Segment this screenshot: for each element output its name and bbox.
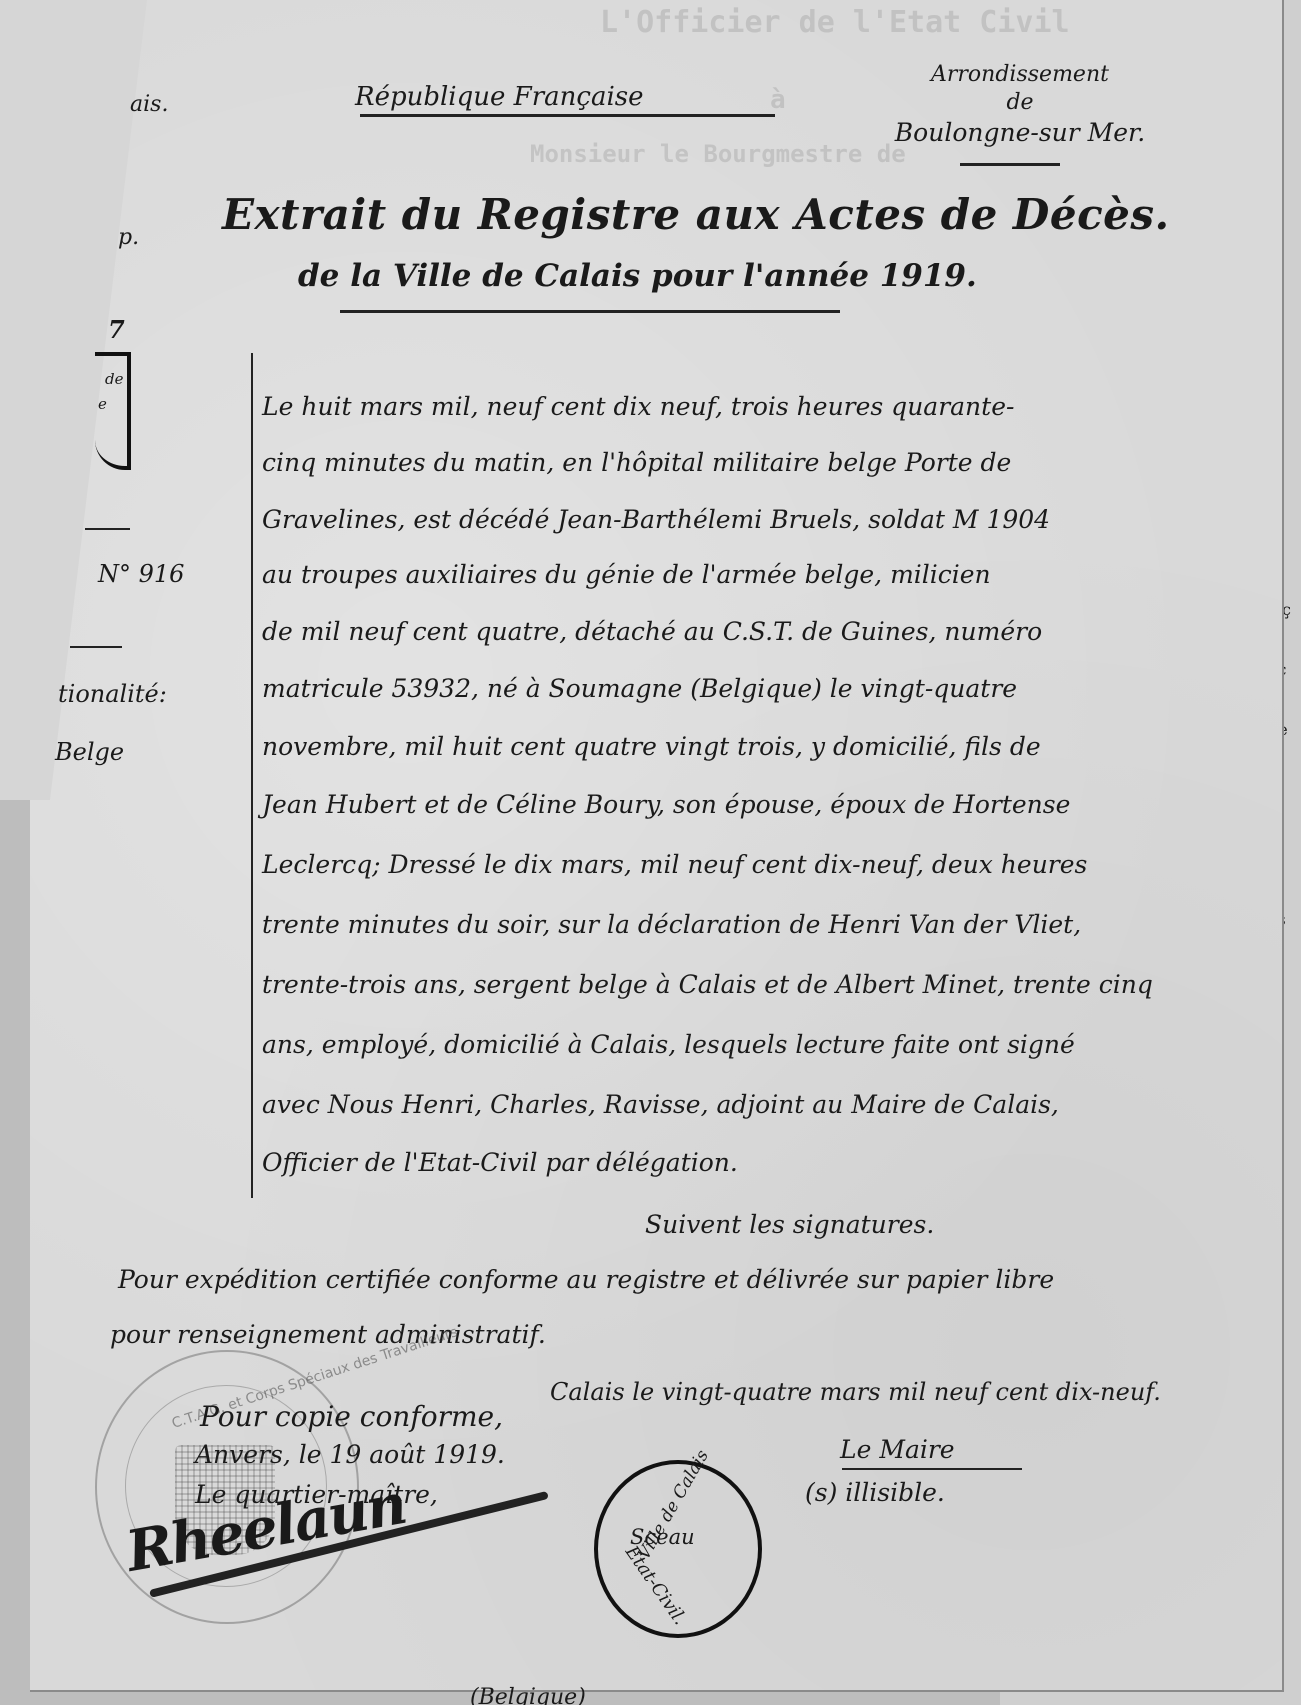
- copy-certification-line: Anvers, le 19 août 1919.: [195, 1440, 505, 1469]
- ghost-typed-line: à: [770, 85, 786, 115]
- registry-number: N° 916: [98, 560, 184, 588]
- subtitle-underline: [340, 310, 840, 313]
- body-line: trente-trois ans, sergent belge à Calais…: [262, 970, 1153, 999]
- arrondissement-line: Arrondissement: [870, 62, 1170, 87]
- body-line: ans, employé, domicilié à Calais, lesque…: [262, 1030, 1075, 1059]
- left-fragment: ais.: [130, 92, 168, 117]
- mayor-signature: (s) illisible.: [805, 1478, 945, 1507]
- body-line: Gravelines, est décédé Jean-Barthélemi B…: [262, 505, 1050, 534]
- ghost-typed-line: Monsieur le Bourgmestre de: [530, 140, 906, 168]
- body-margin-bar: [251, 353, 253, 1198]
- certification-line: Pour expédition certifiée conforme au re…: [118, 1265, 1054, 1294]
- left-box-number: 7: [108, 315, 125, 344]
- arrondissement-line: de: [870, 90, 1170, 115]
- copy-certification-line: Pour copie conforme,: [200, 1400, 503, 1433]
- signatures-note: Suivent les signatures.: [645, 1210, 934, 1239]
- document-title: Extrait du Registre aux Actes de Décès.: [222, 190, 1170, 239]
- place-date: Calais le vingt-quatre mars mil neuf cen…: [550, 1378, 1161, 1406]
- republic-heading: République Française: [355, 82, 644, 112]
- ghost-typed-line: L'Officier de l'Etat Civil: [600, 5, 1070, 40]
- body-line: au troupes auxiliaires du génie de l'arm…: [262, 560, 991, 589]
- body-line: de mil neuf cent quatre, détaché au C.S.…: [262, 617, 1042, 646]
- left-box-fragment: de: [105, 370, 123, 388]
- body-line: Le huit mars mil, neuf cent dix neuf, tr…: [262, 392, 1014, 421]
- certification-line: pour renseignement administratif.: [110, 1320, 546, 1349]
- body-line: cinq minutes du matin, en l'hôpital mili…: [262, 448, 1011, 477]
- margin-rule: [70, 646, 122, 648]
- bottom-bleed-text: (Belgique): [470, 1685, 586, 1705]
- mayor-title: Le Maire: [840, 1435, 955, 1464]
- document-subtitle: de la Ville de Calais pour l'année 1919.: [298, 258, 977, 294]
- arrondissement-underline: [960, 163, 1060, 166]
- mayor-underline: [842, 1468, 1022, 1470]
- body-line: novembre, mil huit cent quatre vingt tro…: [262, 732, 1041, 761]
- body-line: Officier de l'Etat-Civil par délégation.: [262, 1148, 738, 1177]
- nationality-label: tionalité:: [58, 680, 167, 708]
- body-line: matricule 53932, né à Soumagne (Belgique…: [262, 674, 1017, 703]
- arrondissement-city: Boulongne-sur Mer.: [870, 118, 1170, 147]
- body-line: Leclercq; Dressé le dix mars, mil neuf c…: [262, 850, 1087, 879]
- body-line: trente minutes du soir, sur la déclarati…: [262, 910, 1081, 939]
- left-fragment: p.: [118, 225, 139, 250]
- republic-underline: [360, 114, 775, 117]
- nationality-value: Belge: [55, 738, 124, 766]
- margin-rule: [85, 528, 130, 530]
- body-line: Jean Hubert et de Céline Boury, son épou…: [262, 790, 1070, 819]
- body-line: avec Nous Henri, Charles, Ravisse, adjoi…: [262, 1090, 1059, 1119]
- left-box-fragment: e: [98, 395, 107, 413]
